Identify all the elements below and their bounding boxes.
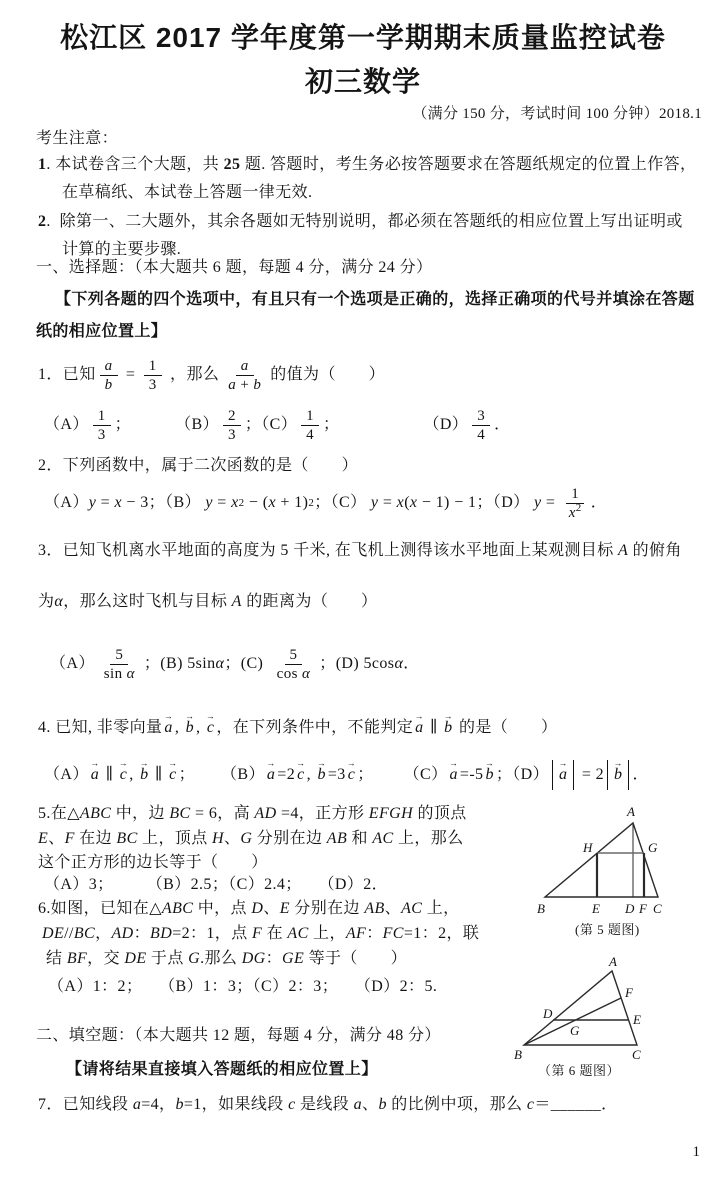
math-fragment: AC xyxy=(287,924,308,945)
math-fragment: =2：1，点 xyxy=(172,924,252,945)
math-fragment: ；(D) 5cos xyxy=(319,654,394,675)
math-fragment: y xyxy=(205,493,213,514)
math-fragment: 在边 xyxy=(75,829,117,850)
notice-item2-line1: 2. 除第一、二大题外，其余各题如无特别说明，都必须在答题纸的相应位置上写出证明… xyxy=(38,210,683,234)
exam-info-line: （满分 150 分，考试时间 100 分钟）2018.1 xyxy=(412,102,702,123)
notice-heading: 考生注意： xyxy=(36,127,118,151)
math-fragment: 1．已知 xyxy=(38,365,96,386)
math-fragment: 2 xyxy=(38,212,46,233)
math-fragment: （C） xyxy=(404,765,448,786)
math-fragment: cos xyxy=(277,666,302,682)
section1-note-line2: 纸的相应位置上】 xyxy=(36,320,167,344)
math-fragment: 的是（ ） xyxy=(455,718,558,739)
math-fragment: 5.在△ xyxy=(38,804,80,825)
question-1-options: （A）13；（B）23；（C）14；（D）34． xyxy=(44,402,511,448)
math-fragment: 1 xyxy=(144,357,162,376)
math-fragment: 25 xyxy=(224,155,241,176)
math-fragment: ，在下列条件中，不能判定 xyxy=(216,718,413,739)
math-fragment: 中，边 xyxy=(111,804,169,825)
math-fragment: （B） xyxy=(175,415,219,436)
math-fragment: 上， xyxy=(309,924,346,945)
math-fragment: ∥ xyxy=(426,718,443,739)
math-fragment: − ( xyxy=(245,493,269,514)
math-fragment: ∥ xyxy=(151,765,168,786)
math-fragment: 3 xyxy=(144,376,162,394)
math-fragment: 1 xyxy=(149,358,157,374)
section2-note: 【请将结果直接填入答题纸的相应位置上】 xyxy=(66,1058,378,1082)
page-number: 1 xyxy=(693,1144,701,1161)
math-fragment: 中，点 xyxy=(193,899,251,920)
math-fragment: x xyxy=(115,493,123,514)
math-fragment: a xyxy=(413,718,425,739)
math-fragment: c xyxy=(295,765,307,786)
section1-heading: 一、选择题：（本大题共 6 题，每题 4 分，满分 24 分） xyxy=(36,256,432,280)
vertex-label: A xyxy=(608,954,617,969)
math-fragment: .那么 xyxy=(200,949,242,970)
math-fragment: 的顶点 xyxy=(413,804,467,825)
math-fragment: ： xyxy=(366,924,382,945)
vertex-label: A xyxy=(626,804,635,819)
math-fragment: 3 xyxy=(477,408,485,424)
math-fragment: b xyxy=(607,760,629,790)
math-fragment: c xyxy=(167,765,179,786)
math-fragment: ；（C） xyxy=(314,493,371,514)
vertex-label: G xyxy=(570,1023,580,1038)
question-6-options: （A）1：2； （B）1：3；（C）2：3； （D）2：5. xyxy=(48,975,437,999)
math-fragment: 、 xyxy=(385,899,401,920)
math-fragment: ； xyxy=(323,415,339,436)
math-fragment: ； xyxy=(115,415,131,436)
math-fragment: = xyxy=(378,493,396,514)
math-fragment: A xyxy=(618,541,628,562)
math-fragment: 结 xyxy=(46,949,67,970)
math-fragment: α xyxy=(216,654,225,675)
math-fragment: ； xyxy=(179,765,195,786)
math-fragment: E xyxy=(280,899,290,920)
math-fragment: EFGH xyxy=(369,804,413,825)
question-2-options: （A）y = x − 3；（B） y = x2 − (x + 1)2；（C） y… xyxy=(44,478,607,528)
math-fragment: ： xyxy=(134,924,150,945)
figure-question6-svg: A B C D E F G （第 6 题图） xyxy=(510,953,695,1083)
math-fragment: = 6，高 xyxy=(191,804,255,825)
math-fragment: x xyxy=(268,493,276,514)
math-fragment: GE xyxy=(282,949,304,970)
math-fragment: y xyxy=(89,493,97,514)
math-fragment: 题. 答题时，考生务必按答题要求在答题纸规定的位置上作答， xyxy=(240,155,696,176)
question-4-options: （A）a ∥ c, b ∥ c；（B）a=2c, b=3c；（C）a=-5b；（… xyxy=(44,753,649,797)
math-fragment: α xyxy=(302,666,310,682)
math-fragment: + 1) xyxy=(276,493,308,514)
math-fragment: aa + b xyxy=(223,357,266,394)
math-fragment: ； xyxy=(357,765,373,786)
math-fragment: ab xyxy=(100,357,118,394)
figure6-caption: （第 6 题图） xyxy=(538,1063,620,1078)
math-fragment: DG xyxy=(242,949,266,970)
math-fragment: AF xyxy=(346,924,366,945)
question-6-stem-line2: DE//BC，AD：BD=2：1，点 F 在 AC 上，AF：FC=1：2，联 xyxy=(42,922,479,946)
math-fragment: y xyxy=(534,493,542,514)
math-fragment: BD xyxy=(150,924,172,945)
math-fragment: 4. 已知, 非零向量 xyxy=(38,718,162,739)
math-fragment: DE xyxy=(42,924,64,945)
math-fragment: . 本试卷含三个大题，共 xyxy=(46,155,223,176)
math-fragment: b xyxy=(315,765,327,786)
math-fragment: 4 xyxy=(477,427,485,443)
math-fragment: = xyxy=(541,493,559,514)
math-fragment: （A） xyxy=(44,415,89,436)
math-fragment: 3 xyxy=(98,427,106,443)
math-fragment: 的距离为（ ） xyxy=(242,592,378,613)
math-fragment: a xyxy=(100,357,118,376)
math-fragment: x xyxy=(231,493,239,514)
math-fragment: 1 xyxy=(38,155,46,176)
math-fragment: AB xyxy=(364,899,384,920)
figure-question6: A B C D E F G （第 6 题图） xyxy=(510,953,695,1083)
math-fragment: a xyxy=(354,1095,362,1116)
math-fragment: x xyxy=(410,493,418,514)
math-fragment: b xyxy=(105,377,113,393)
math-fragment: 5sin α xyxy=(99,646,140,683)
vertex-label: G xyxy=(648,840,658,855)
math-fragment: = xyxy=(213,493,231,514)
math-fragment: 、 xyxy=(263,899,279,920)
vertex-label: D xyxy=(624,901,635,916)
math-fragment: 1x2 xyxy=(564,485,587,522)
math-fragment: （A） xyxy=(44,765,89,786)
math-fragment: a + b xyxy=(223,376,266,394)
math-fragment: y xyxy=(371,493,379,514)
math-fragment: a xyxy=(162,718,174,739)
math-fragment: 4 xyxy=(306,427,314,443)
math-fragment: ，交 xyxy=(87,949,124,970)
math-fragment: 2 xyxy=(223,407,241,426)
math-fragment: 上，那么 xyxy=(394,829,464,850)
exam-paper-page: 松江区 2017 学年度第一学期期末质量监控试卷 初三数学 （满分 150 分，… xyxy=(0,0,726,1196)
math-fragment: 23 xyxy=(223,407,241,444)
math-fragment: 等于（ ） xyxy=(304,949,407,970)
math-fragment: 5 xyxy=(115,647,123,663)
math-fragment: 是线段 xyxy=(296,1095,354,1116)
question-4-stem: 4. 已知, 非零向量a, b, c，在下列条件中，不能判定a ∥ b 的是（ … xyxy=(38,710,557,746)
math-fragment: AB xyxy=(327,829,347,850)
section2-heading: 二、填空题：（本大题共 12 题，每题 4 分，满分 48 分） xyxy=(36,1024,441,1048)
math-fragment: （A） xyxy=(44,493,89,514)
math-fragment: , xyxy=(196,718,205,739)
page-subtitle: 初三数学 xyxy=(0,60,726,100)
math-fragment: b xyxy=(253,377,261,393)
vertex-label: F xyxy=(624,985,634,1000)
math-fragment: α xyxy=(54,592,63,613)
math-fragment: x xyxy=(397,493,405,514)
math-fragment: AC xyxy=(401,899,422,920)
math-fragment: =1，如果线段 xyxy=(184,1095,288,1116)
math-fragment xyxy=(374,775,404,776)
math-fragment: ；(C) xyxy=(224,654,267,675)
math-fragment: c xyxy=(118,765,130,786)
math-fragment xyxy=(339,425,423,426)
math-fragment: （B） xyxy=(221,765,265,786)
math-fragment: 13 xyxy=(93,407,111,444)
math-fragment: 1 xyxy=(306,408,314,424)
math-fragment: F xyxy=(65,829,75,850)
math-fragment: 的比例中项，那么 xyxy=(387,1095,527,1116)
math-fragment: BC xyxy=(74,924,95,945)
math-fragment: 3 xyxy=(223,426,241,444)
math-fragment: c xyxy=(205,718,217,739)
math-fragment: ． xyxy=(591,493,607,514)
page-title: 松江区 2017 学年度第一学期期末质量监控试卷 xyxy=(0,16,726,56)
math-fragment: a xyxy=(447,765,459,786)
math-fragment: a xyxy=(228,377,236,393)
math-fragment: 6.如图，已知在△ xyxy=(38,899,162,920)
math-fragment: 为 xyxy=(38,592,54,613)
math-fragment: 和 xyxy=(347,829,372,850)
math-fragment: 的值为（ ） xyxy=(270,365,385,386)
math-fragment: 上，顶点 xyxy=(138,829,212,850)
math-fragment: x2 xyxy=(564,504,587,522)
math-fragment: . 除第一、二大题外，其余各题如无特别说明，都必须在答题纸的相应位置上写出证明或 xyxy=(46,212,682,233)
vertex-label: C xyxy=(653,901,662,916)
math-fragment: ． xyxy=(632,765,648,786)
question-3-stem-line2: 为α，那么这时飞机与目标 A 的距离为（ ） xyxy=(38,590,377,614)
vertex-label: H xyxy=(582,840,593,855)
question-7-stem: 7．已知线段 a=4，b=1，如果线段 c 是线段 a、b 的比例中项，那么 c… xyxy=(38,1093,618,1117)
math-fragment: 1 xyxy=(98,408,106,424)
question-5-stem-line3: 这个正方形的边长等于（ ） xyxy=(38,851,268,875)
math-fragment: 3 xyxy=(228,427,236,443)
math-fragment: 14 xyxy=(301,407,319,444)
math-fragment: c xyxy=(527,1095,535,1116)
vertex-label: E xyxy=(632,1012,641,1027)
question-3-options: （A）5sin α；(B) 5sinα；(C) 5cos α；(D) 5cosα… xyxy=(50,636,420,692)
math-fragment: ∥ xyxy=(101,765,118,786)
math-fragment: ；(B) 5sin xyxy=(144,654,216,675)
math-fragment: 、 xyxy=(224,829,240,850)
math-fragment: F xyxy=(252,924,262,945)
vertex-label: D xyxy=(542,1006,553,1021)
math-fragment: = xyxy=(122,365,140,386)
math-fragment: （D） xyxy=(423,415,468,436)
math-fragment: b xyxy=(184,718,196,739)
math-fragment: = 2 xyxy=(577,765,604,786)
math-fragment: a xyxy=(557,765,569,786)
math-fragment: 在 xyxy=(262,924,287,945)
math-fragment: G xyxy=(188,949,200,970)
math-fragment: α xyxy=(394,654,403,675)
notice-item1-line1: 1. 本试卷含三个大题，共 25 题. 答题时，考生务必按答题要求在答题纸规定的… xyxy=(38,153,696,177)
math-fragment: D xyxy=(251,899,263,920)
math-fragment: 4 xyxy=(472,426,490,444)
math-fragment: DE xyxy=(124,949,146,970)
math-fragment: b xyxy=(483,765,495,786)
math-fragment: 1 xyxy=(93,407,111,426)
math-fragment: b xyxy=(442,718,454,739)
math-fragment: AC xyxy=(372,829,393,850)
math-fragment: − 1) − 1；（D） xyxy=(417,493,534,514)
math-fragment: AD xyxy=(254,804,276,825)
question-5-options: （A）3； （B）2.5；（C）2.4； （D）2． xyxy=(44,873,388,897)
math-fragment: a xyxy=(133,1095,141,1116)
math-fragment: E xyxy=(38,829,48,850)
math-fragment: 3 xyxy=(149,377,157,393)
math-fragment: =1：2，联 xyxy=(404,924,479,945)
math-fragment: 5 xyxy=(110,646,128,665)
math-fragment: ． xyxy=(403,654,419,675)
math-fragment: BF xyxy=(67,949,87,970)
math-fragment: a xyxy=(89,765,101,786)
math-fragment: AD xyxy=(112,924,134,945)
question-1-stem: 1．已知ab = 13 ，那么aa + b的值为（ ） xyxy=(38,352,385,398)
question-6-stem-line1: 6.如图，已知在△ABC 中，点 D、E 分别在边 AB、AC 上， xyxy=(38,897,460,921)
math-fragment: b xyxy=(612,765,624,786)
math-fragment: b xyxy=(100,376,118,394)
section1-note-line1: 【下列各题的四个选项中，有且只有一个选项是正确的，选择正确项的代号并填涂在答题 xyxy=(55,288,695,312)
figure-question5-svg: A H G B E D F C (第 5 题图) xyxy=(515,794,710,942)
math-fragment: a xyxy=(105,358,113,374)
question-3-stem-line1: 3．已知飞机离水平地面的高度为 5 千米, 在飞机上测得该水平地面上某观测目标 … xyxy=(38,539,682,563)
math-fragment: = xyxy=(96,493,114,514)
figure5-caption: (第 5 题图) xyxy=(575,922,640,937)
math-fragment: 1 xyxy=(571,486,579,502)
math-fragment: a xyxy=(236,357,254,376)
math-fragment: ， xyxy=(95,924,111,945)
math-fragment: BC xyxy=(116,829,137,850)
math-fragment: ABC xyxy=(80,804,111,825)
math-fragment: 2 xyxy=(228,408,236,424)
math-fragment: ． xyxy=(494,415,510,436)
math-fragment: b xyxy=(175,1095,183,1116)
math-fragment: a xyxy=(552,760,574,790)
math-fragment: sin α xyxy=(99,665,140,683)
math-fragment: c xyxy=(288,1095,296,1116)
math-fragment: 7．已知线段 xyxy=(38,1095,133,1116)
math-fragment xyxy=(131,425,175,426)
math-fragment: ： xyxy=(266,949,282,970)
math-fragment: ＝______． xyxy=(534,1095,617,1116)
math-fragment: 5 xyxy=(285,646,303,665)
math-fragment: , xyxy=(307,765,316,786)
math-fragment: ；（D） xyxy=(496,765,549,786)
math-fragment: cos α xyxy=(272,665,316,683)
math-fragment: , xyxy=(129,765,138,786)
question-2-stem: 2．下列函数中，属于二次函数的是（ ） xyxy=(38,454,358,478)
vertex-label: E xyxy=(591,901,600,916)
math-fragment: ；（C） xyxy=(245,415,297,436)
math-fragment: 5cos α xyxy=(272,646,316,683)
math-fragment: 5 xyxy=(290,647,298,663)
math-fragment: =4，正方形 xyxy=(277,804,369,825)
math-fragment: H xyxy=(212,829,224,850)
math-fragment: 于点 xyxy=(147,949,189,970)
math-fragment: 1 xyxy=(301,407,319,426)
math-fragment: BC xyxy=(169,804,190,825)
math-fragment: 34 xyxy=(472,407,490,444)
figure-question5: A H G B E D F C (第 5 题图) xyxy=(515,794,710,942)
math-fragment: 3．已知飞机离水平地面的高度为 5 千米, 在飞机上测得该水平地面上某观测目标 xyxy=(38,541,618,562)
math-fragment: 2 xyxy=(576,502,582,514)
math-fragment: 、 xyxy=(362,1095,378,1116)
math-fragment: a xyxy=(241,358,249,374)
vertex-label: B xyxy=(537,901,545,916)
math-fragment: a xyxy=(265,765,277,786)
math-fragment: 13 xyxy=(144,357,162,394)
fig6-triangle xyxy=(524,971,637,1045)
math-fragment: ABC xyxy=(162,899,193,920)
math-fragment: // xyxy=(64,924,74,945)
math-fragment: （A） xyxy=(50,654,95,675)
math-fragment: 、 xyxy=(48,829,64,850)
math-fragment: G xyxy=(240,829,252,850)
math-fragment: − 3；（B） xyxy=(122,493,205,514)
math-fragment xyxy=(195,775,221,776)
math-fragment: A xyxy=(232,592,242,613)
notice-item1-line2: 在草稿纸、本试卷上答题一律无效. xyxy=(62,181,312,205)
math-fragment: 4 xyxy=(301,426,319,444)
math-fragment: =3 xyxy=(328,765,346,786)
math-fragment: b xyxy=(378,1095,386,1116)
vertex-label: B xyxy=(514,1047,522,1062)
math-fragment: , xyxy=(175,718,184,739)
math-fragment: b xyxy=(138,765,150,786)
math-fragment: FC xyxy=(383,924,404,945)
math-fragment: =4， xyxy=(141,1095,175,1116)
math-fragment: α xyxy=(127,666,135,682)
math-fragment: 3 xyxy=(472,407,490,426)
question-5-stem-line2: E、F 在边 BC 上，顶点 H、G 分别在边 AB 和 AC 上，那么 xyxy=(38,827,464,851)
math-fragment: ，那么 xyxy=(166,365,220,386)
math-fragment: 分别在边 xyxy=(290,899,364,920)
math-fragment: 的俯角 xyxy=(628,541,682,562)
math-fragment: =2 xyxy=(277,765,295,786)
vertex-label: C xyxy=(632,1047,641,1062)
math-fragment: 分别在边 xyxy=(252,829,326,850)
fig5-triangle xyxy=(545,823,658,897)
math-fragment: 3 xyxy=(93,426,111,444)
math-fragment: ，那么这时飞机与目标 xyxy=(63,592,231,613)
question-5-stem-line1: 5.在△ABC 中，边 BC = 6，高 AD =4，正方形 EFGH 的顶点 xyxy=(38,802,467,826)
math-fragment: x xyxy=(569,505,576,521)
math-fragment: c xyxy=(346,765,358,786)
math-fragment: sin xyxy=(104,666,127,682)
math-fragment: 上， xyxy=(422,899,459,920)
question-6-stem-line3: 结 BF，交 DE 于点 G.那么 DG：GE 等于（ ） xyxy=(46,947,407,971)
math-fragment: =-5 xyxy=(460,765,484,786)
vertex-label: F xyxy=(638,901,648,916)
math-fragment: + xyxy=(236,377,253,393)
